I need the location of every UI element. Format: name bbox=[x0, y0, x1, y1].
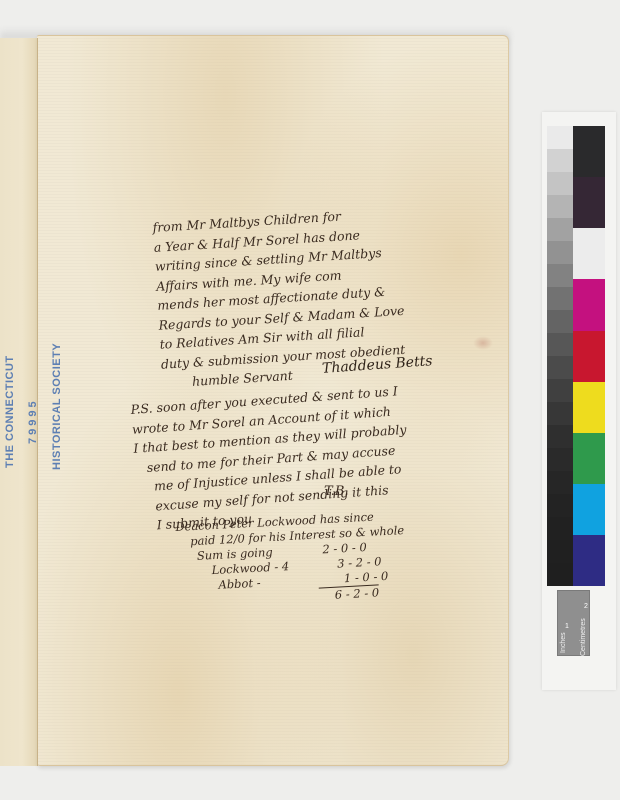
gray-chip bbox=[547, 563, 575, 586]
ruler-tick-2: 2 bbox=[584, 603, 588, 610]
gray-chip bbox=[547, 126, 575, 149]
color-chip bbox=[573, 561, 605, 587]
gray-chip bbox=[547, 517, 575, 540]
gray-chip bbox=[547, 218, 575, 241]
gray-chip bbox=[547, 172, 575, 195]
color-chip bbox=[573, 126, 605, 152]
color-chip bbox=[573, 228, 605, 254]
ps-initials: T.B. bbox=[324, 484, 349, 499]
color-chip bbox=[573, 382, 605, 408]
gray-chip bbox=[547, 379, 575, 402]
gray-chip bbox=[547, 241, 575, 264]
gray-chip bbox=[547, 471, 575, 494]
stamp-catalog-number: 79995 bbox=[27, 398, 39, 444]
gray-chip bbox=[547, 310, 575, 333]
gray-chip bbox=[547, 425, 575, 448]
account-note: Deacon Peter Lockwood has since paid 12/… bbox=[175, 508, 408, 611]
gray-chip bbox=[547, 264, 575, 287]
gray-chip bbox=[547, 356, 575, 379]
gray-chip bbox=[547, 333, 575, 356]
stamp-connecticut: THE CONNECTICUT bbox=[4, 355, 16, 468]
color-chip bbox=[573, 433, 605, 459]
color-chip bbox=[573, 177, 605, 203]
gray-chip bbox=[547, 149, 575, 172]
color-chip bbox=[573, 254, 605, 280]
color-patch-strip bbox=[573, 126, 605, 586]
gray-chip bbox=[547, 448, 575, 471]
ruler-inches-label: Inches bbox=[560, 632, 567, 653]
color-chip bbox=[573, 203, 605, 229]
color-chip bbox=[573, 535, 605, 561]
color-chip bbox=[573, 152, 605, 178]
grayscale-strip bbox=[547, 126, 575, 586]
color-chip bbox=[573, 279, 605, 305]
gray-chip bbox=[547, 287, 575, 310]
stamp-historical-society: HISTORICAL SOCIETY bbox=[51, 343, 63, 470]
color-chip bbox=[573, 331, 605, 357]
account-total: 6 - 2 - 0 bbox=[319, 584, 380, 603]
color-chip bbox=[573, 305, 605, 331]
ruler-tick-1: 1 bbox=[565, 623, 569, 630]
color-chip bbox=[573, 458, 605, 484]
color-chip bbox=[573, 356, 605, 382]
ruler-cm-label: Centimetres bbox=[580, 618, 587, 656]
color-chip bbox=[573, 509, 605, 535]
account-label: Abbot - bbox=[218, 574, 299, 593]
gray-chip bbox=[547, 402, 575, 425]
gray-chip bbox=[547, 494, 575, 517]
color-chip bbox=[573, 407, 605, 433]
color-chip bbox=[573, 484, 605, 510]
gray-chip bbox=[547, 195, 575, 218]
gray-chip bbox=[547, 540, 575, 563]
stain-mark bbox=[473, 336, 493, 350]
